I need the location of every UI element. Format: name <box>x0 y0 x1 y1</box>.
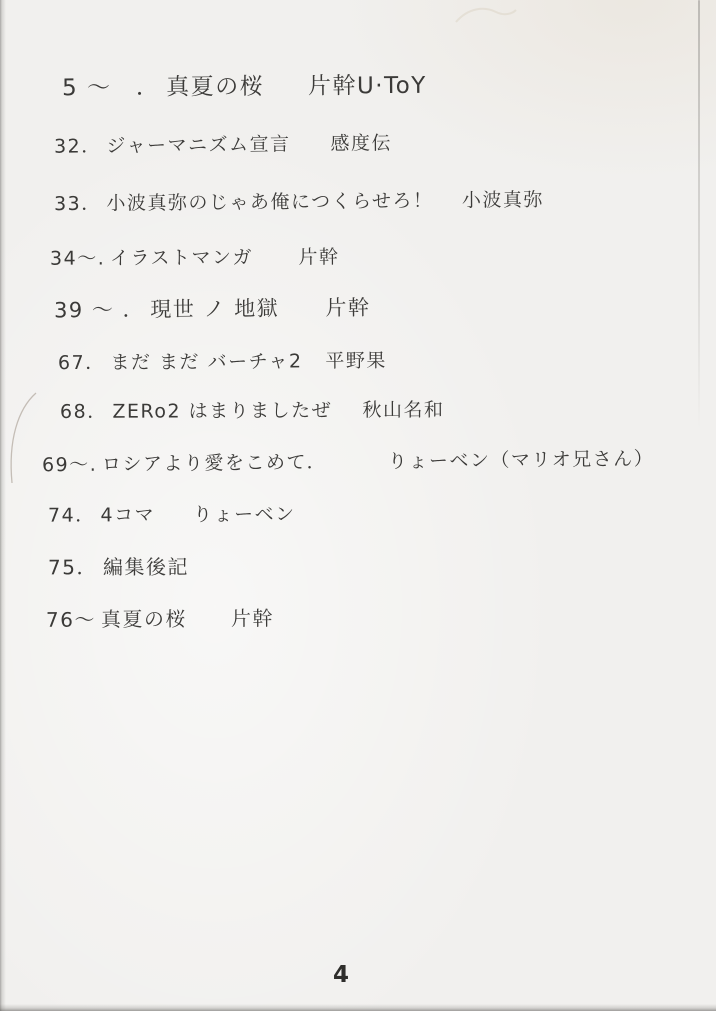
entry-page-number: 33． <box>54 189 102 216</box>
entry-title: ZERo2 はまりましたぜ <box>112 396 332 424</box>
entry-title: 小波真弥のじゃあ俺につくらせろ！ <box>106 186 433 216</box>
entry-author: りょーベン <box>193 499 296 527</box>
entry-page-number: 75． <box>48 551 98 580</box>
toc-entry: 75．編集後記 <box>48 551 231 581</box>
entry-title: イラストマンガ <box>110 243 253 271</box>
entry-title: 真夏の桜 <box>166 68 264 102</box>
entry-author: 感度伝 <box>330 128 392 156</box>
entry-title: まだ まだ バーチャ2 <box>110 346 302 374</box>
entry-page-number: 67． <box>58 348 106 375</box>
entry-author: 片幹U·ToY <box>308 67 427 101</box>
scanned-toc-page: 5 〜 ．真夏の桜片幹U·ToY 32．ジャーマニズム宣言感度伝 33．小波真弥… <box>0 0 716 1011</box>
page-number: 4 <box>326 962 356 988</box>
entry-page-number: 34〜. <box>50 243 105 270</box>
toc-entry: 68．ZERo2 はまりましたぜ秋山名和 <box>60 395 445 424</box>
entry-author: 片幹 <box>231 602 274 631</box>
entry-page-number: 5 〜 ． <box>62 69 161 103</box>
entry-author: 片幹 <box>298 242 339 269</box>
toc-entry: 67．まだ まだ バーチャ2平野果 <box>58 346 387 375</box>
entry-title: 現世 ノ 地獄 <box>150 292 279 323</box>
toc-entry: 69〜.ロシアより愛をこめて．りょーベン（マリオ兄さん） <box>42 444 654 477</box>
entry-page-number: 76〜 <box>46 603 96 632</box>
entry-author: 平野果 <box>325 346 387 373</box>
entry-author: 片幹 <box>325 292 370 322</box>
entry-author: りょーベン（マリオ兄さん） <box>388 444 655 474</box>
entry-page-number: 32． <box>54 131 102 158</box>
entry-title: 編集後記 <box>103 551 189 580</box>
toc-entry: 74．4コマりょーベン <box>48 499 296 527</box>
entry-author: 秋山名和 <box>362 395 444 422</box>
paper-smudge <box>450 2 520 32</box>
toc-entry: 5 〜 ．真夏の桜片幹U·ToY <box>62 67 427 103</box>
toc-entry: 33．小波真弥のじゃあ俺につくらせろ！小波真弥 <box>54 185 544 216</box>
entry-page-number: 39 〜 ． <box>54 294 145 325</box>
entry-title: 4コマ <box>100 500 155 527</box>
toc-entry: 32．ジャーマニズム宣言感度伝 <box>54 128 392 159</box>
entry-author: 小波真弥 <box>462 185 544 213</box>
paper-crease-line <box>698 0 700 430</box>
toc-entry: 76〜真夏の桜片幹 <box>46 602 274 633</box>
entry-page-number: 74． <box>48 500 96 527</box>
stray-pencil-mark <box>0 385 60 495</box>
entry-title: ジャーマニズム宣言 <box>106 129 290 158</box>
toc-entry: 34〜.イラストマンガ片幹 <box>50 242 340 271</box>
entry-page-number: 68． <box>60 397 108 424</box>
entry-title: ロシアより愛をこめて． <box>102 447 327 476</box>
entry-title: 真夏の桜 <box>101 603 187 633</box>
toc-entry: 39 〜 ．現世 ノ 地獄片幹 <box>54 292 371 325</box>
